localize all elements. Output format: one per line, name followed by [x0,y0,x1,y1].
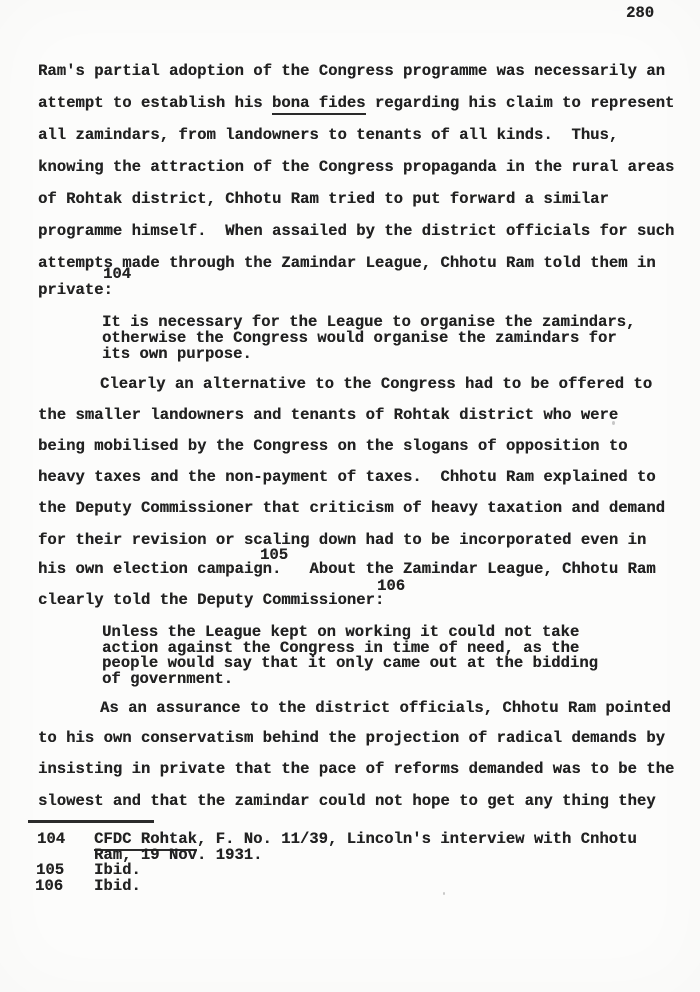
footnote-text: Ibid. [94,862,141,878]
body-line: attempt to establish his bona fides rega… [38,95,674,111]
footnote-text-rest: , F. No. 11/39, Lincoln's interview with… [197,830,637,848]
scan-speck [612,421,615,425]
footnote-ref-104: 104 [103,266,131,282]
body-line: slowest and that the zamindar could not … [38,793,656,809]
body-line: As an assurance to the district official… [100,700,671,716]
body-line: the Deputy Commissioner that criticism o… [38,500,665,516]
underlined-phrase: bona fides [272,94,366,115]
line-text: regarding his claim to represent [366,94,675,112]
body-line: the smaller landowners and tenants of Ro… [38,407,618,423]
quote-line: otherwise the Congress would organise th… [102,330,617,346]
body-line: private: [38,282,113,298]
body-line: being mobilised by the Congress on the s… [38,438,628,454]
body-line: Clearly an alternative to the Congress h… [100,376,652,392]
body-line: his own election campaign. About the Zam… [38,561,656,577]
quote-line: its own purpose. [102,346,252,362]
body-line: to his own conservatism behind the proje… [38,730,665,746]
footnote-number: 104 [37,831,65,847]
body-line: of Rohtak district, Chhotu Ram tried to … [38,191,609,207]
scanned-document-page: 280 Ram's partial adoption of the Congre… [0,0,700,992]
body-line: programme himself. When assailed by the … [38,223,674,239]
page-number: 280 [626,5,654,21]
footnote-number: 105 [36,862,64,878]
footnote-text: Ibid. [94,878,141,894]
scan-speck [443,892,445,895]
quote-line: Unless the League kept on working it cou… [102,624,579,640]
body-line: Ram's partial adoption of the Congress p… [38,63,665,79]
body-line: for their revision or scaling down had t… [38,532,646,548]
body-line: clearly told the Deputy Commissioner: [38,592,384,608]
footnote-text: CFDC Rohtak, F. No. 11/39, Lincoln's int… [94,831,637,847]
body-line: heavy taxes and the non-payment of taxes… [38,469,656,485]
body-line: knowing the attraction of the Congress p… [38,159,674,175]
footnote-number: 106 [35,878,63,894]
body-line: all zamindars, from landowners to tenant… [38,127,618,143]
quote-line: people would say that it only came out a… [102,655,598,671]
line-text: attempt to establish his [38,94,272,112]
quote-line: It is necessary for the League to organi… [102,314,635,330]
footnote-rule [28,820,154,823]
body-line: insisting in private that the pace of re… [38,761,674,777]
scan-speck [330,700,332,702]
quote-line: of government. [102,671,233,687]
